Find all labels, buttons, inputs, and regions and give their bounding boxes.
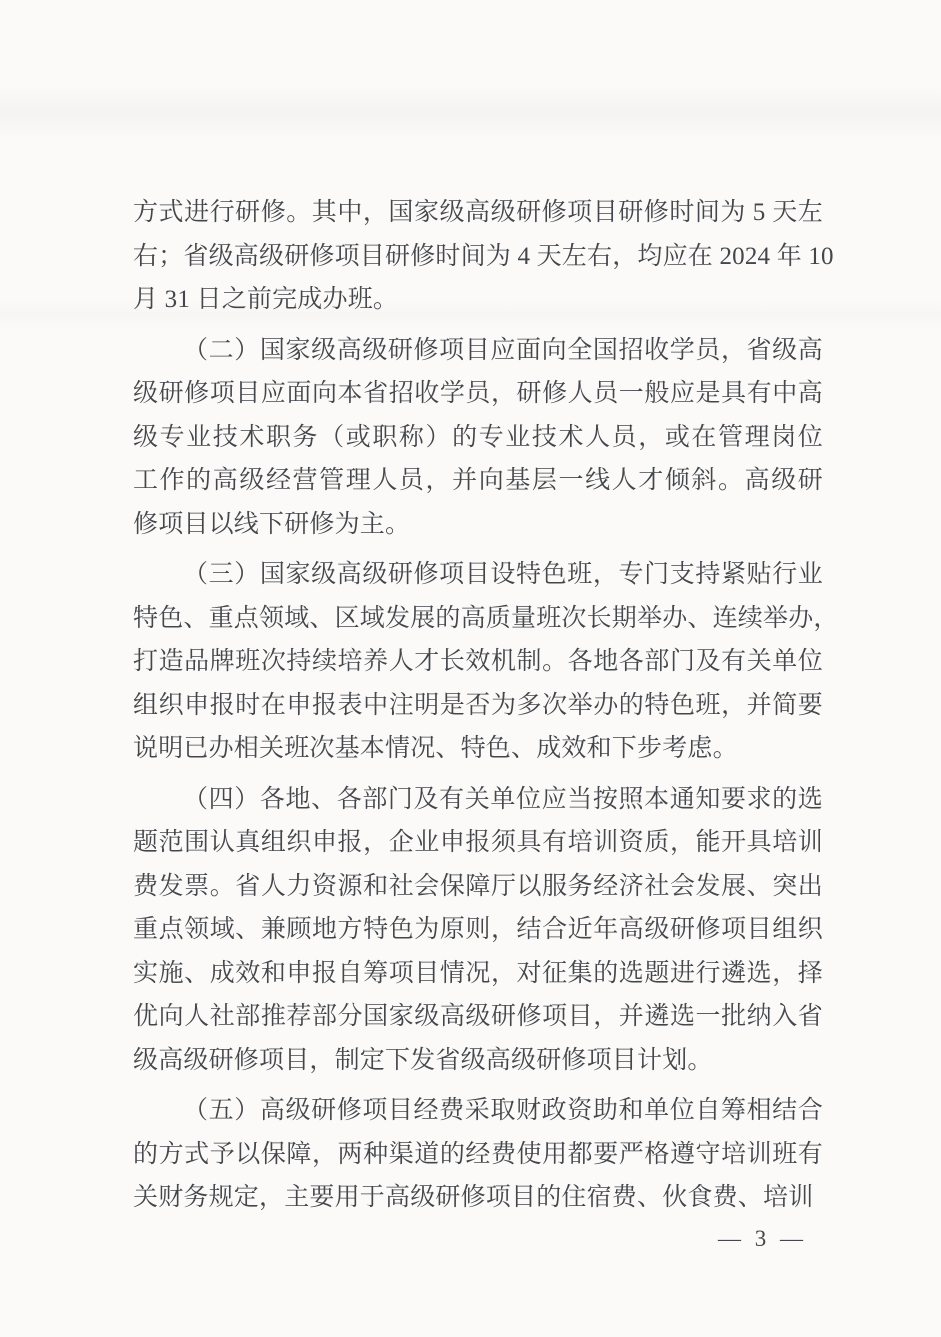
text-line: （二）国家级高级研修项目应面向全国招收学员，省级高	[133, 329, 823, 373]
document-body: 方式进行研修。其中，国家级高级研修项目研修时间为 5 天左右；省级高级研修项目研…	[133, 191, 823, 1220]
text-line: 费发票。省人力资源和社会保障厅以服务经济社会发展、突出	[133, 865, 823, 909]
text-line: 打造品牌班次持续培养人才长效机制。各地各部门及有关单位	[133, 640, 823, 684]
paragraph: 方式进行研修。其中，国家级高级研修项目研修时间为 5 天左右；省级高级研修项目研…	[133, 191, 823, 322]
paragraph: （二）国家级高级研修项目应面向全国招收学员，省级高级研修项目应面向本省招收学员，…	[133, 329, 823, 547]
text-line: 的方式予以保障，两种渠道的经费使用都要严格遵守培训班有	[133, 1133, 823, 1177]
text-line: 级专业技术职务（或职称）的专业技术人员，或在管理岗位	[133, 416, 823, 460]
text-line: 优向人社部推荐部分国家级高级研修项目，并遴选一批纳入省	[133, 995, 823, 1039]
text-line: 特色、重点领域、区域发展的高质量班次长期举办、连续举办，	[133, 597, 823, 641]
scan-artifact-streak	[0, 85, 941, 140]
text-line: 重点领域、兼顾地方特色为原则，结合近年高级研修项目组织	[133, 908, 823, 952]
text-line: 说明已办相关班次基本情况、特色、成效和下步考虑。	[133, 727, 823, 771]
text-line: 级高级研修项目，制定下发省级高级研修项目计划。	[133, 1039, 823, 1083]
text-line: 月 31 日之前完成办班。	[133, 278, 823, 322]
text-line: 方式进行研修。其中，国家级高级研修项目研修时间为 5 天左	[133, 191, 823, 235]
paragraph: （四）各地、各部门及有关单位应当按照本通知要求的选题范围认真组织申报，企业申报须…	[133, 778, 823, 1083]
paragraph: （五）高级研修项目经费采取财政资助和单位自筹相结合的方式予以保障，两种渠道的经费…	[133, 1089, 823, 1220]
text-line: 工作的高级经营管理人员，并向基层一线人才倾斜。高级研	[133, 459, 823, 503]
text-line: 右；省级高级研修项目研修时间为 4 天左右，均应在 2024 年 10	[133, 235, 823, 279]
page-number: — 3 —	[718, 1226, 807, 1252]
text-line: 实施、成效和申报自筹项目情况，对征集的选题进行遴选，择	[133, 952, 823, 996]
text-line: 级研修项目应面向本省招收学员，研修人员一般应是具有中高	[133, 372, 823, 416]
text-line: 修项目以线下研修为主。	[133, 503, 823, 547]
text-line: 关财务规定，主要用于高级研修项目的住宿费、伙食费、培训	[133, 1176, 823, 1220]
paragraph: （三）国家级高级研修项目设特色班，专门支持紧贴行业特色、重点领域、区域发展的高质…	[133, 553, 823, 771]
text-line: 组织申报时在申报表中注明是否为多次举办的特色班，并简要	[133, 684, 823, 728]
text-line: 题范围认真组织申报，企业申报须具有培训资质，能开具培训	[133, 821, 823, 865]
text-line: （三）国家级高级研修项目设特色班，专门支持紧贴行业	[133, 553, 823, 597]
text-line: （五）高级研修项目经费采取财政资助和单位自筹相结合	[133, 1089, 823, 1133]
text-line: （四）各地、各部门及有关单位应当按照本通知要求的选	[133, 778, 823, 822]
